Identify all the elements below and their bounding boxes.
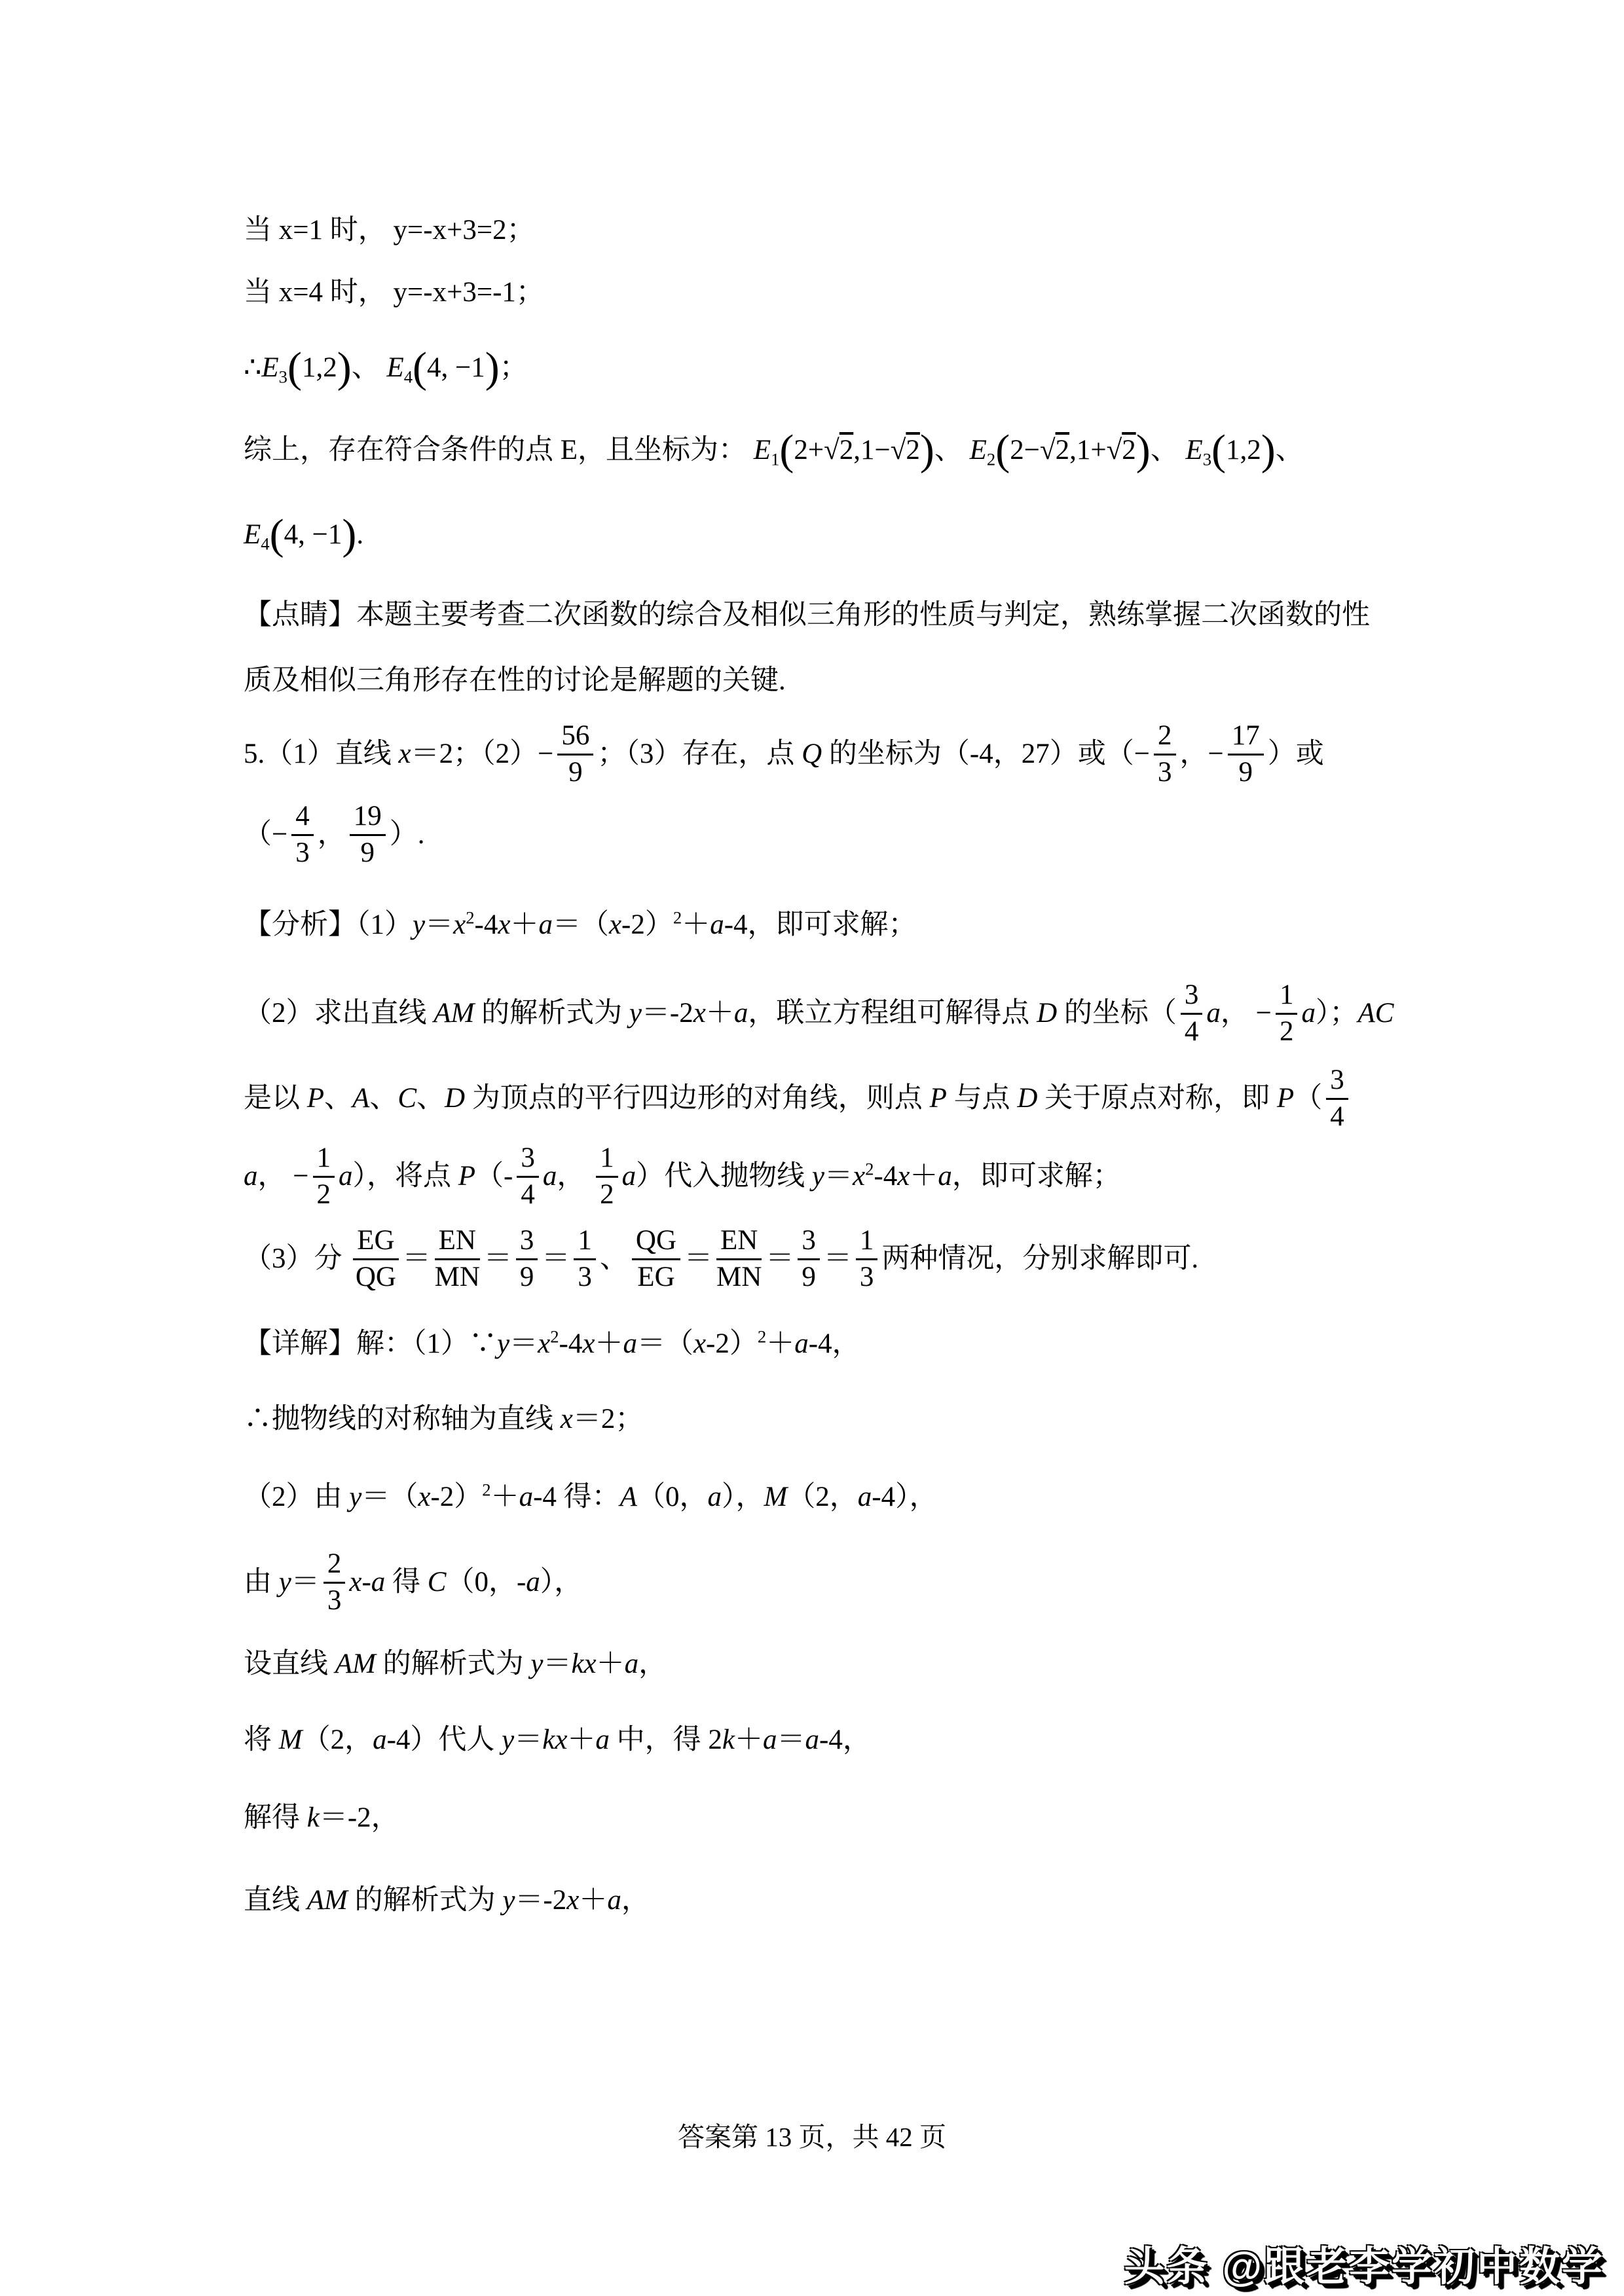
text-line: 综上，存在符合条件的点 E，且坐标为： E1(2+√2,1−√2)、 E2(2−…	[244, 401, 1428, 500]
text-run: a， −	[1206, 993, 1272, 1034]
text-run: ＝	[684, 1238, 712, 1280]
fraction: 569	[557, 720, 593, 788]
text-run: ；（3）存在，点 Q 的坐标为（-4，27）或（−	[597, 733, 1150, 775]
fraction: QGEG	[632, 1225, 680, 1292]
fraction: 12	[1276, 979, 1298, 1047]
text-line: （−43，199）.	[244, 786, 1428, 884]
text-run: 设直线 AM 的解析式为 y＝kx＋a，	[244, 1643, 667, 1685]
text-line: 【分析】（1）y＝x2-4x＋a＝（x-2）2＋a-4，即可求解；	[244, 876, 1428, 974]
fraction: 179	[1228, 720, 1264, 788]
text-run: 将 M（2，a-4）代人 y＝kx＋a 中，得 2k＋a＝a-4，	[244, 1719, 871, 1761]
text-run: （−	[244, 814, 287, 856]
text-run: 1,2	[1226, 429, 1261, 471]
big-paren: )	[485, 346, 500, 390]
text-run: 【分析】（1）y＝x2-4x＋a＝（x-2）2＋a-4，即可求解；	[244, 904, 917, 946]
text-run: 【点睛】本题主要考查二次函数的综合及相似三角形的性质与判定，熟练掌握二次函数的性	[244, 594, 1370, 636]
text-line: （3）分 EGQG＝ENMN＝39＝13、QGEG＝ENMN＝39＝13两种情况…	[244, 1210, 1428, 1308]
watermark: 头条 @跟老李学初中数学	[1124, 2234, 1604, 2292]
text-run: .	[356, 514, 363, 556]
big-paren: (	[995, 429, 1010, 472]
sqrt-expression: √2	[824, 435, 853, 465]
text-run: 2+√2,1−√2	[794, 429, 920, 471]
big-paren: )	[337, 346, 352, 390]
text-run: ＝	[484, 1238, 512, 1280]
sqrt-expression: √2	[891, 435, 920, 465]
page-footer: 答案第 13 页，共 42 页	[0, 2121, 1624, 2153]
text-run: 4, −1	[427, 347, 485, 389]
text-run: 、 E2	[934, 429, 995, 471]
text-run: 2−√2,1+√2	[1010, 429, 1136, 471]
fraction: 12	[313, 1142, 335, 1210]
text-run: ＝	[542, 1238, 570, 1280]
fraction: 39	[798, 1225, 820, 1292]
big-paren: )	[1136, 429, 1151, 472]
text-run: 两种情况，分别求解即可.	[881, 1238, 1198, 1280]
text-run: ，	[318, 814, 346, 856]
text-run: 、	[1276, 429, 1304, 471]
text-run: ∴抛物线的对称轴为直线 x＝2；	[244, 1398, 643, 1440]
text-run: 由 y＝	[244, 1561, 320, 1603]
text-run: x-a 得 C（0，-a），	[349, 1561, 582, 1603]
text-run: （2）由 y＝（x-2）2＋a-4 得：A（0，a），M（2，a-4），	[244, 1476, 938, 1518]
big-paren: (	[270, 513, 284, 556]
text-run: a， −	[244, 1156, 309, 1197]
text-run: E4	[244, 514, 270, 556]
big-paren: (	[287, 346, 302, 390]
text-run: 、	[600, 1238, 628, 1280]
fraction: EGQG	[353, 1225, 398, 1292]
fraction: 13	[856, 1225, 878, 1292]
fraction: 34	[1326, 1065, 1348, 1132]
text-run: （3）分	[244, 1238, 349, 1280]
fraction: 34	[517, 1142, 539, 1210]
text-run: a），将点 P（-	[339, 1156, 513, 1197]
text-run: a，	[543, 1156, 592, 1197]
text-run: ＝	[403, 1238, 431, 1280]
text-run: 解得 k＝-2，	[244, 1797, 399, 1839]
fraction: 23	[1154, 720, 1176, 788]
sqrt-expression: √2	[1040, 435, 1069, 465]
text-run: 当 x=4 时， y=-x+3=-1；	[244, 272, 544, 314]
text-run: 质及相似三角形存在性的讨论是解题的关键.	[244, 660, 786, 702]
text-run: a）；AC	[1301, 993, 1393, 1034]
text-run: ）或	[1268, 733, 1324, 775]
big-paren: (	[779, 429, 794, 472]
fraction: 12	[596, 1142, 618, 1210]
big-paren: (	[413, 346, 427, 390]
text-run: 1,2	[302, 347, 337, 389]
text-run: ，−	[1180, 733, 1224, 775]
fraction: 23	[323, 1548, 346, 1616]
text-line: 直线 AM 的解析式为 y＝-2x＋a，	[244, 1851, 1428, 1950]
text-run: 是以 P、A、C、D 为顶点的平行四边形的对角线，则点 P 与点 D 关于原点对…	[244, 1078, 1322, 1120]
fraction: 43	[291, 801, 314, 868]
text-line: （2）求出直线 AM 的解析式为 y＝-2x＋a，联立方程组可解得点 D 的坐标…	[244, 964, 1428, 1063]
fraction: 199	[350, 801, 386, 868]
text-run: （2）求出直线 AM 的解析式为 y＝-2x＋a，联立方程组可解得点 D 的坐标…	[244, 993, 1177, 1034]
text-run: 【详解】解：（1）∵y＝x2-4x＋a＝（x-2）2＋a-4，	[244, 1323, 860, 1365]
text-run: ∴E3	[244, 347, 287, 389]
text-run: ＝	[766, 1238, 794, 1280]
sqrt-expression: √2	[1107, 435, 1136, 465]
fraction: 39	[516, 1225, 538, 1292]
big-paren: )	[1261, 429, 1276, 472]
text-run: a）代入抛物线 y＝x2-4x＋a，即可求解；	[622, 1156, 1121, 1197]
document-page: 当 x=1 时， y=-x+3=2；当 x=4 时， y=-x+3=-1；∴E3…	[0, 0, 1624, 2296]
text-run: 4, −1	[284, 514, 342, 556]
fraction: 13	[574, 1225, 596, 1292]
text-run: ；	[500, 347, 528, 389]
text-run: ）.	[390, 814, 425, 856]
text-run: 直线 AM 的解析式为 y＝-2x＋a，	[244, 1880, 650, 1922]
fraction: ENMN	[435, 1225, 480, 1292]
text-line: （2）由 y＝（x-2）2＋a-4 得：A（0，a），M（2，a-4），	[244, 1448, 1428, 1546]
text-run: 5.（1）直线 x＝2；（2）−	[244, 733, 553, 775]
text-run: 、 E3	[1151, 429, 1211, 471]
fraction: 34	[1181, 979, 1203, 1047]
big-paren: )	[342, 513, 356, 556]
big-paren: )	[920, 429, 934, 472]
text-run: 综上，存在符合条件的点 E，且坐标为： E1	[244, 429, 779, 471]
fraction: ENMN	[716, 1225, 762, 1292]
text-run: ＝	[824, 1238, 852, 1280]
text-run: 、 E4	[352, 347, 413, 389]
big-paren: (	[1211, 429, 1226, 472]
